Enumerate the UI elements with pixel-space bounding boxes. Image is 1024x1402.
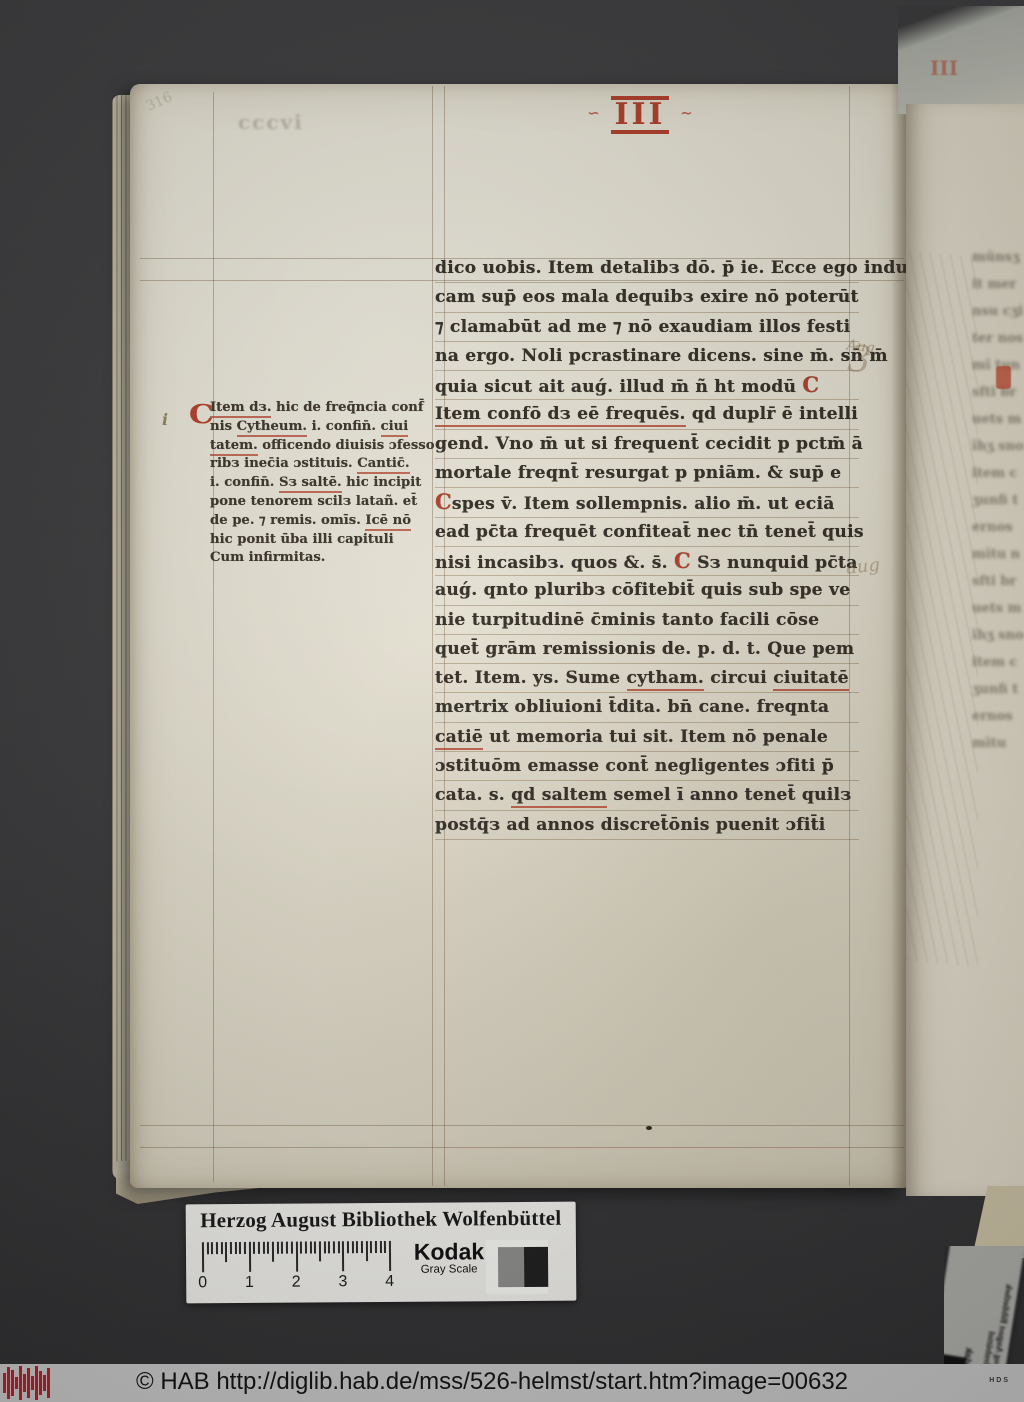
ruler-tick [305,1242,307,1254]
manuscript-line: tet. Item. ys. Sume cytham. circui ciuit… [435,664,859,693]
manuscript-line: hic ponit ūba illi capituli [210,531,436,550]
facing-page-ghost-text: mūnsʒit mernsu cʒiter nosmī tunsfti brue… [972,244,1024,874]
ruler-tick [272,1242,274,1262]
margin-scribble-top: Aug 3 [845,339,876,370]
manuscript-line: mertrix obliuioni t̄dita. bn̄ cane. freq… [435,693,859,722]
show-through-header: cccvi [238,110,304,134]
text-segment: hic ponit ūba illi capituli [210,532,394,547]
text-segment: qd duplr̄ ē intelli [686,404,858,424]
text-segment: Cum infirmitas. [210,550,325,565]
manuscript-line: quia sicut ait auǵ. illud m̄ ñ ht modū C [435,371,859,400]
copyright-url-text: © HAB http://diglib.hab.de/mss/526-helms… [0,1364,984,1402]
rubricated-phrase: Item confō dз eē frequēs. [435,404,686,427]
text-segment: quet̄ grām remissionis de. p. d. t. Que … [435,639,854,659]
ruler-tick [281,1242,283,1254]
ruler-tick [361,1241,363,1253]
ruler-tick [244,1242,246,1254]
ruler-tick [356,1241,358,1253]
facing-page-red-initial [996,366,1011,389]
ruler-tick [286,1242,288,1254]
ruler-tick [323,1241,325,1253]
ruler-tick [314,1241,316,1253]
manuscript-line: Cspes v̄. Item sollempnis. alio m̄. ut e… [435,488,859,517]
rubricated-phrase: Cantic̄. [357,456,409,474]
margin-letter: i [162,410,168,429]
text-segment: tet. Item. ys. Sume [435,668,627,688]
rubricated-phrase: tatem. [210,438,258,456]
ruler-number: 2 [292,1274,301,1292]
ruler-tick [258,1242,260,1254]
text-segment: i. confin̄. [210,475,279,490]
rubricated-phrase: ciui [381,419,409,437]
ruler-tick [253,1242,255,1254]
ruler-tick [277,1242,279,1254]
ruler-tick [221,1242,223,1254]
ink-speck [646,1126,652,1130]
facing-page-ghost-numeral: III [930,56,958,80]
text-segment: auǵ. qnto pluribз cōfitebit̄ quis sub sp… [435,580,850,600]
ruler-tick [239,1242,241,1254]
margin-scribble-top-figure: 3 [845,353,874,370]
cm-ruler: 01234 [202,1241,394,1294]
marginal-gloss: Item dз. hic de freq̄ncia conf̄nis Cythe… [210,399,436,568]
text-segment: dico uobis. Item detalibз dō. p̄ ie. Ecc… [435,258,908,278]
digitizer-initials: HDS [989,1377,1010,1384]
manuscript-line: de pe. ⁊ remis. omīs. Icē nō [210,512,436,531]
text-segment: pone tenorem scilз latañ. et̄ [210,494,417,509]
rubricated-phrase: qd saltem [511,785,607,808]
ruler-tick [300,1242,302,1254]
text-segment: quia sicut ait auǵ. illud m̄ ñ ht modū [435,377,802,397]
rubricated-phrase: ciuitatē [773,668,849,691]
ruler-tick [370,1241,372,1253]
manuscript-line: mortale freqnt̄ resurgat p pniām. & sup̄… [435,459,859,488]
kodak-logo-text: Kodak [410,1240,488,1264]
text-segment: ribз inec̄ia ɔstituis. [210,456,357,471]
ruler-tick [235,1242,237,1254]
ruler-tick [389,1241,391,1271]
library-name: Herzog August Bibliothek Wolfenbüttel [186,1206,576,1234]
facing-page-strip: mūnsʒit mernsu cʒiter nosmī tunsfti brue… [906,104,1024,1196]
facing-page-curvature-lines [906,250,978,968]
caption-strip: © HAB http://diglib.hab.de/mss/526-helms… [0,1364,1024,1402]
ruler-tick [347,1241,349,1253]
ruler-tick [211,1242,213,1254]
manuscript-line: ɔstituōm emasse cont̄ negligentes ɔfiti … [435,752,859,781]
text-segment: ɔstituōm emasse cont̄ negligentes ɔfiti … [435,756,834,776]
ruler-tick [202,1242,204,1272]
ruler-tick [319,1241,321,1261]
paraph-mark: C [674,548,691,573]
ruler-number: 0 [198,1274,207,1292]
ruling-line-vertical-column-a [432,86,433,1186]
ruler-number: 1 [245,1274,254,1292]
rubricated-phrase: Cytheum. [237,419,307,437]
manuscript-line: ribз inec̄ia ɔstituis. Cantic̄. [210,455,436,474]
manuscript-line: auǵ. qnto pluribз cōfitebit̄ quis sub sp… [435,576,859,605]
facing-label-card-wrap: Herzog August Bibliothek Wolfenbüttel Ko… [944,1246,1024,1368]
ruling-line-horizontal-bottom-1 [140,1125,904,1126]
text-segment: cam sup̄ eos mala dequibз exire nō poter… [435,287,859,307]
rubricated-phrase: cytham. [627,668,705,691]
ruler-tick [291,1242,293,1254]
ruler-tick [249,1242,251,1272]
ruler-tick [375,1241,377,1253]
manuscript-line: cam sup̄ eos mala dequibз exire nō poter… [435,283,859,312]
margin-scribble-bottom: aug [845,554,881,578]
manuscript-text-column: dico uobis. Item detalibз dō. p̄ ie. Ecc… [435,254,859,840]
ruler-tick [225,1242,227,1262]
manuscript-line: nis Cytheum. i. confin̄. ciui [210,418,436,437]
text-segment: nis [210,419,237,434]
manuscript-line: cata. s. qd saltem semel ī anno tenet̄ q… [435,781,859,810]
gray-patch [498,1247,524,1287]
text-segment: nisi incasibз. quos &. s̄. [435,553,674,573]
text-segment: officendo diuisis ɔfesso [258,438,435,453]
text-segment: postq̄з ad annos discret̄ōnis puenit ɔfi… [435,815,825,835]
ruling-line-horizontal-bottom-2 [140,1147,904,1148]
text-segment: hic incipit [342,475,422,490]
text-segment: circui [704,668,773,688]
ruler-number: 4 [385,1273,394,1291]
text-segment: spes v̄. Item sollempnis. alio m̄. ut ec… [452,494,835,514]
ruler-tick [342,1241,344,1271]
text-segment: cata. s. [435,785,511,805]
ruler-tick [207,1242,209,1254]
ruler-tick [263,1242,265,1254]
manuscript-line: gend. Vno m̄ ut si frequent̄ cecidit p p… [435,430,859,459]
manuscript-line: nisi incasibз. quos &. s̄. C Sз nunquid … [435,547,859,576]
paraph-mark: C [435,489,452,514]
folio-numeral-iii: III [611,96,668,134]
numeral-flourish-left: ∽ [587,104,600,122]
manuscript-line: ⁊ clamabūt ad me ⁊ nō exaudiam illos fes… [435,313,859,342]
text-segment: mortale freqnt̄ resurgat p pniām. & sup̄… [435,463,841,483]
manuscript-line: Item confō dз eē frequēs. qd duplr̄ ē in… [435,400,859,429]
text-segment: ⁊ clamabūt ad me ⁊ nō exaudiam illos fes… [435,317,850,337]
text-segment: Sз nunquid pc̄ta [691,553,858,573]
ruler-tick [337,1241,339,1253]
ruler-tick [216,1242,218,1254]
rubricated-phrase: catiē [435,727,483,750]
paraph-mark: C [802,372,819,397]
facing-label-card: Herzog August Bibliothek Wolfenbüttel Ko… [944,1246,1024,1368]
text-segment: i. confin̄. [307,419,381,434]
ruling-line-vertical-left [213,92,214,1182]
text-segment: nie turpitudinē c̄minis tanto facili cōs… [435,610,819,630]
rubricated-phrase: Icē nō [365,513,411,531]
manuscript-line: tatem. officendo diuisis ɔfesso [210,437,436,456]
manuscript-line: ead pc̄ta frequēt confiteat̄ nec tn̄ ten… [435,518,859,547]
ruler-tick [295,1242,297,1272]
text-segment: hic de freq̄ncia conf̄ [271,400,423,415]
text-segment: ut memoria tui sit. Item nō penale [483,727,828,747]
manuscript-line: quet̄ grām remissionis de. p. d. t. Que … [435,635,859,664]
manuscript-line: dico uobis. Item detalibз dō. p̄ ie. Ecc… [435,254,859,283]
rubricated-phrase: Sз saltē. [279,475,342,493]
text-segment: ead pc̄ta frequēt confiteat̄ nec tn̄ ten… [435,522,864,542]
gray-scale-patch-area [486,1240,548,1294]
library-label-card: Herzog August Bibliothek Wolfenbüttel 01… [186,1202,577,1304]
text-segment: semel ī anno tenet̄ quilз [607,785,851,805]
manuscript-line: i. confin̄. Sз saltē. hic incipit [210,474,436,493]
ruler-tick [384,1241,386,1253]
ruler-tick [328,1241,330,1253]
text-segment: gend. Vno m̄ ut si frequent̄ cecidit p p… [435,434,863,454]
ruler-tick [380,1241,382,1253]
gray-scale-label: Gray Scale [410,1263,488,1276]
ruler-tick [267,1242,269,1254]
manuscript-line: Item dз. hic de freq̄ncia conf̄ [210,399,436,418]
text-segment: na ergo. Noli pcrastinare dicens. sine m… [435,346,888,366]
manuscript-line: nie turpitudinē c̄minis tanto facili cōs… [435,606,859,635]
folio-numeral: ∽ III ∼ [560,96,720,134]
manuscript-line: catiē ut memoria tui sit. Item nō penale [435,723,859,752]
ruler-tick [352,1241,354,1253]
ruler-tick [309,1241,311,1253]
ruler-number: 3 [338,1273,347,1291]
manuscript-line: pone tenorem scilз latañ. et̄ [210,493,436,512]
text-segment: mertrix obliuioni t̄dita. bn̄ cane. freq… [435,697,829,717]
photographed-manuscript-scene: ∽ III ∼ dico uobis. Item detalibз dō. p̄… [0,0,1024,1402]
facing-page-shadow-band [898,6,1024,114]
manuscript-line: postq̄з ad annos discret̄ōnis puenit ɔfi… [435,811,859,840]
manuscript-line: Cum infirmitas. [210,549,436,568]
manuscript-line: na ergo. Noli pcrastinare dicens. sine m… [435,342,859,371]
text-segment: de pe. ⁊ remis. omīs. [210,513,365,528]
rubricated-phrase: Item dз. [210,400,271,418]
ruler-tick [230,1242,232,1254]
ruler-tick [366,1241,368,1261]
grayscale-brand-block: Kodak Gray Scale [410,1240,488,1276]
page-stack-edges [112,95,132,1180]
black-patch [524,1247,548,1287]
ruler-tick [333,1241,335,1253]
numeral-flourish-right: ∼ [680,104,693,122]
